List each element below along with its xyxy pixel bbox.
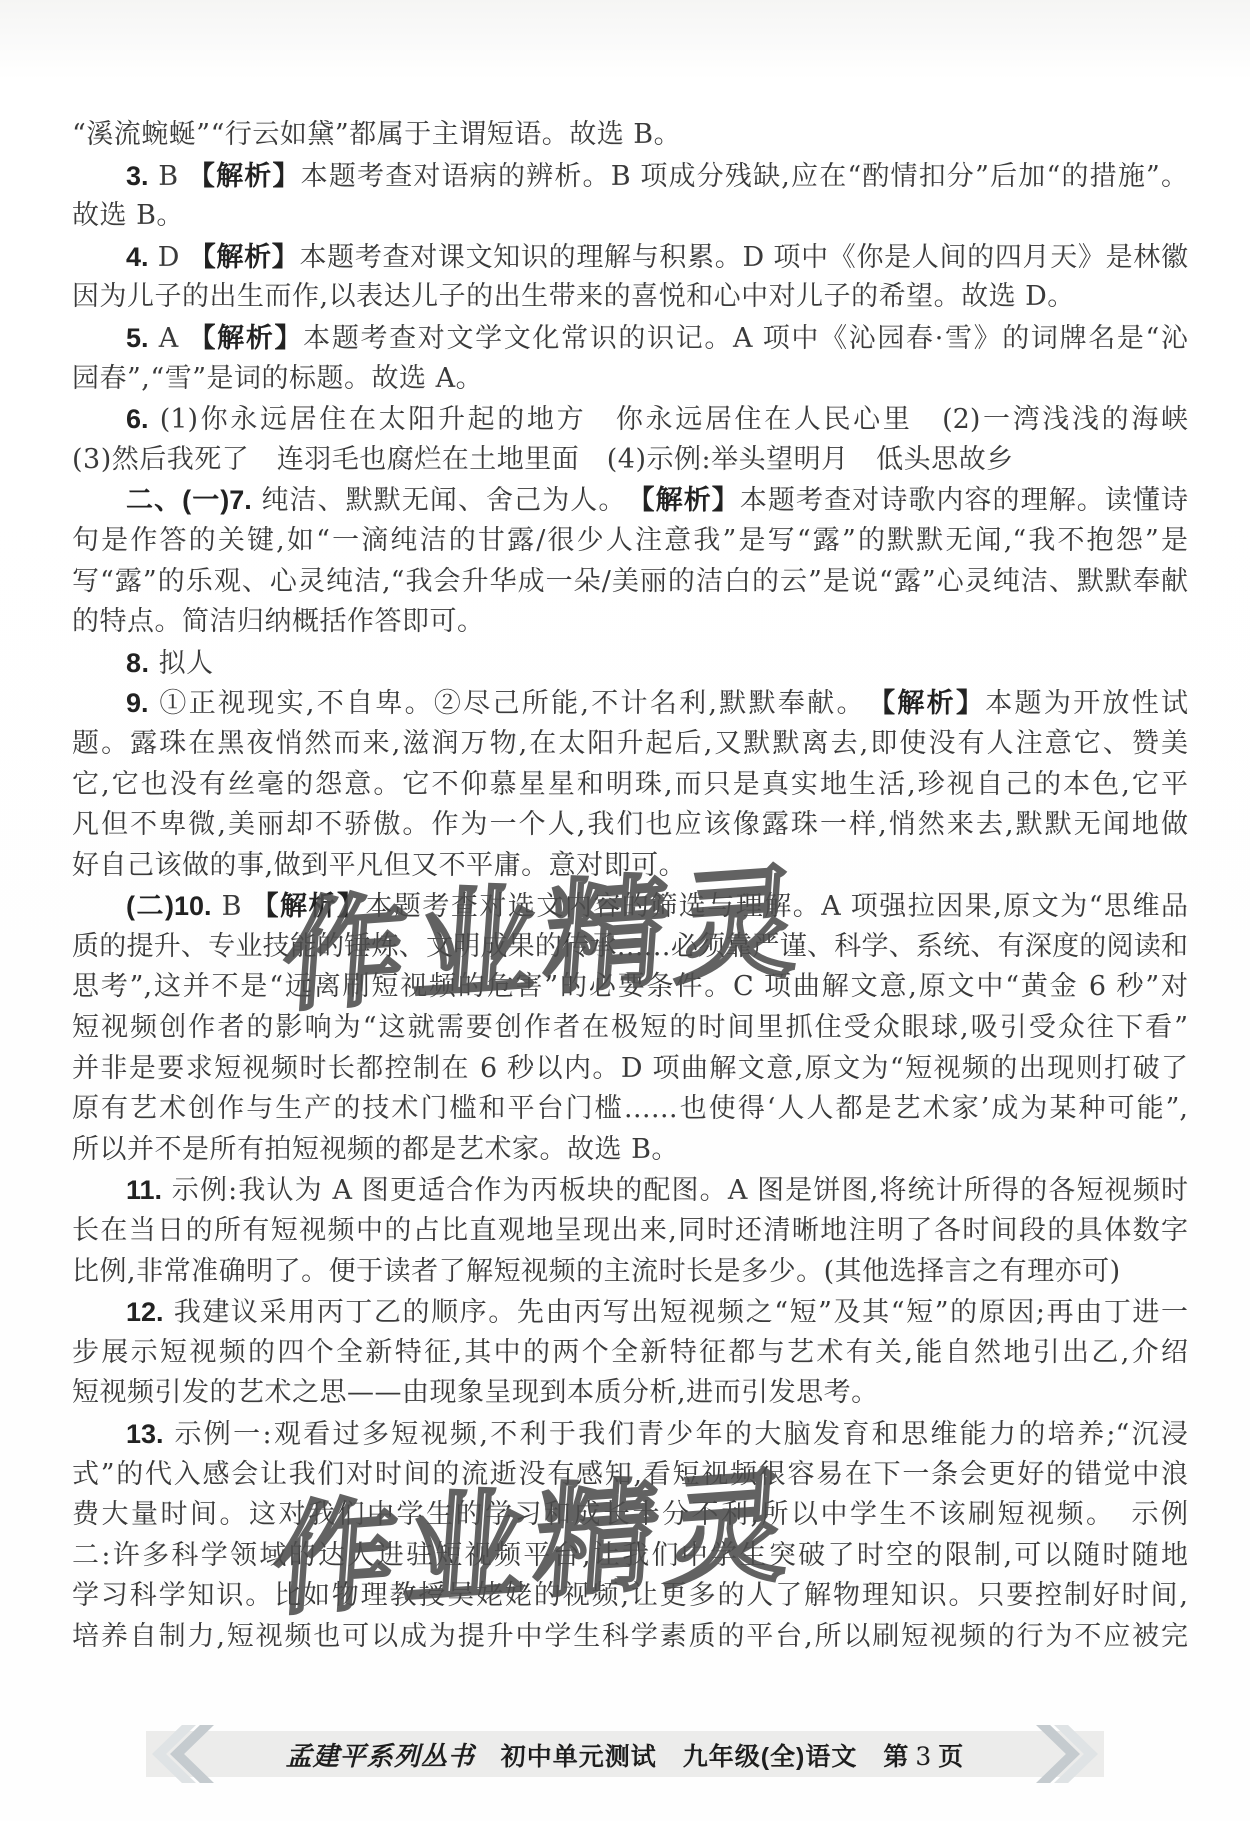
answer-key-text: 写“露”的乐观、心灵纯洁,“我会升华成一朵/美丽的洁白的云”是说“露”心灵纯洁、… — [72, 566, 1188, 597]
answer-key-text: 比例,非常准确明了。便于读者了解短视频的主流时长是多少。(其他选择言之有理亦可) — [72, 1256, 1121, 1287]
scanned-answer-page: “溪流蜿蜒”“行云如黛”都属于主谓短语。故选 B。3. B 【解析】本题考查对语… — [0, 0, 1250, 1821]
answer-key-text: 质的提升、专业技能的锤炼、文明成果的传承……必须靠严谨、科学、系统、有深度的阅读… — [72, 931, 1188, 962]
answer-key-text: 园春”,“雪”是词的标题。故选 A。 — [72, 363, 483, 394]
answer-key-emphasis: 4. — [126, 242, 149, 272]
answer-key-text: 思考”,这并不是“远离刷短视频的危害”的必要条件。C 项曲解文意,原文中“黄金 … — [72, 971, 1188, 1002]
answer-key-text: 本题为开放性试 — [985, 688, 1188, 719]
answer-key-emphasis: (二)10. — [126, 891, 212, 921]
answer-key-text: 本题考查对选文内容的筛选与理解。A 项强拉因果,原文为“思维品 — [365, 891, 1188, 922]
text-line: 费大量时间。这对我们中学生的学习和成长十分不利,所以中学生不该刷短视频。 示例 — [72, 1495, 1188, 1536]
text-line: 思考”,这并不是“远离刷短视频的危害”的必要条件。C 项曲解文意,原文中“黄金 … — [72, 967, 1188, 1008]
answer-key-text: 的特点。简洁归纳概括作答即可。 — [72, 606, 485, 637]
answer-key-text: 题。露珠在黑夜悄然而来,滋润万物,在太阳升起后,又默默离去,即使没有人注意它、赞… — [72, 728, 1188, 759]
answer-key-emphasis: 二、(一)7. — [126, 485, 252, 515]
answer-key-emphasis: 【解析】 — [882, 688, 986, 718]
footer-page-number: 3 — [909, 1742, 938, 1771]
answer-key-text: 故选 B。 — [72, 200, 184, 231]
text-line: 二:许多科学领域的达人进驻短视频平台,让我们中学生突破了时空的限制,可以随时随地 — [72, 1536, 1188, 1577]
text-line: 园春”,“雪”是词的标题。故选 A。 — [72, 359, 1188, 400]
answer-key-text: 示例:我认为 A 图更适合作为丙板块的配图。A 图是饼图,将统计所得的各短视频时 — [162, 1175, 1188, 1206]
text-line: 3. B 【解析】本题考查对语病的辨析。B 项成分残缺,应在“酌情扣分”后加“的… — [72, 156, 1188, 197]
answer-key-text: D — [149, 242, 189, 273]
text-line: 比例,非常准确明了。便于读者了解短视频的主流时长是多少。(其他选择言之有理亦可) — [72, 1252, 1188, 1293]
answer-key-emphasis: 【解析】 — [641, 485, 740, 515]
answer-key-emphasis: 【解析】 — [189, 323, 304, 353]
answer-key-text: B — [149, 161, 188, 192]
answer-key-text: A — [149, 323, 189, 354]
answer-key-text: 学习科学知识。比如物理教授吴姥姥的视频,让更多的人了解物理知识。只要控制好时间, — [72, 1580, 1188, 1611]
answer-key-text: 二:许多科学领域的达人进驻短视频平台,让我们中学生突破了时空的限制,可以随时随地 — [72, 1540, 1188, 1571]
text-block: “溪流蜿蜒”“行云如黛”都属于主谓短语。故选 B。3. B 【解析】本题考查对语… — [72, 115, 1188, 1658]
text-line: 培养自制力,短视频也可以成为提升中学生科学素质的平台,所以刷短视频的行为不应被完 — [72, 1617, 1188, 1658]
answer-key-text: (1)你永远居住在太阳升起的地方 你永远居住在人民心里 (2)一湾浅浅的海峡 — [149, 404, 1188, 435]
footer-page: 第3页 — [883, 1737, 964, 1773]
answer-key-emphasis: 5. — [126, 323, 149, 353]
answer-key-emphasis: 8. — [126, 648, 150, 678]
answer-key-emphasis: 12. — [126, 1297, 164, 1327]
answer-key-text: (3)然后我死了 连羽毛也腐烂在土地里面 (4)示例:举头望明月 低头思故乡 — [72, 444, 1014, 475]
answer-key-text: 凡但不卑微,美丽却不骄傲。作为一个人,我们也应该像露珠一样,悄然来去,默默无闻地… — [72, 809, 1188, 840]
footer-brand: 孟建平系列丛书 — [286, 1736, 475, 1773]
answer-key-text: 本题考查对诗歌内容的理解。读懂诗 — [740, 485, 1188, 516]
answer-key-text: 本题考查对语病的辨析。B 项成分残缺,应在“酌情扣分”后加“的措施”。 — [301, 161, 1188, 192]
text-line: 步展示短视频的四个全新特征,其中的两个全新特征都与艺术有关,能自然地引出乙,介绍 — [72, 1333, 1188, 1374]
answer-key-emphasis: 9. — [126, 688, 149, 718]
answer-key-text: 本题考查对文学文化常识的识记。A 项中《沁园春·雪》的词牌名是“沁 — [303, 323, 1188, 354]
text-line: 长在当日的所有短视频中的占比直观地呈现出来,同时还清晰地注明了各时间段的具体数字 — [72, 1211, 1188, 1252]
answer-key-text: 我建议采用丙丁乙的顺序。先由丙写出短视频之“短”及其“短”的原因;再由丁进一 — [164, 1297, 1188, 1328]
text-line: 学习科学知识。比如物理教授吴姥姥的视频,让更多的人了解物理知识。只要控制好时间, — [72, 1576, 1188, 1617]
footer-page-unit: 页 — [938, 1743, 964, 1771]
text-line: (二)10. B 【解析】本题考查对选文内容的筛选与理解。A 项强拉因果,原文为… — [72, 886, 1188, 927]
footer-page-label: 第 — [883, 1743, 909, 1771]
text-line: 式”的代入感会让我们对时间的流逝没有感知,看短视频很容易在下一条会更好的错觉中浪 — [72, 1455, 1188, 1496]
text-line: 并非是要求短视频时长都控制在 6 秒以内。D 项曲解文意,原文为“短视频的出现则… — [72, 1049, 1188, 1090]
answer-key-text: 短视频创作者的影响为“这就需要创作者在极短的时间里抓住受众眼球,吸引受众往下看” — [72, 1012, 1188, 1043]
answer-key-text: 所以并不是所有拍短视频的都是艺术家。故选 B。 — [72, 1134, 679, 1165]
answer-key-text: 步展示短视频的四个全新特征,其中的两个全新特征都与艺术有关,能自然地引出乙,介绍 — [72, 1337, 1188, 1368]
text-line: 4. D 【解析】本题考查对课文知识的理解与积累。D 项中《你是人间的四月天》是… — [72, 237, 1188, 278]
text-line: 5. A 【解析】本题考查对文学文化常识的识记。A 项中《沁园春·雪》的词牌名是… — [72, 318, 1188, 359]
footer-series: 初中单元测试 — [501, 1737, 657, 1773]
text-line: 短视频引发的艺术之思——由现象呈现到本质分析,进而引发思考。 — [72, 1373, 1188, 1414]
text-line: 它,它也没有丝毫的怨意。它不仰慕星星和明珠,而只是真实地生活,珍视自己的本色,它… — [72, 765, 1188, 806]
text-line: 因为儿子的出生而作,以表达儿子的出生带来的喜悦和心中对儿子的希望。故选 D。 — [72, 277, 1188, 318]
answer-key-text: 培养自制力,短视频也可以成为提升中学生科学素质的平台,所以刷短视频的行为不应被完 — [72, 1621, 1188, 1652]
answer-key-emphasis: 【解析】 — [251, 891, 365, 921]
text-line: (3)然后我死了 连羽毛也腐烂在土地里面 (4)示例:举头望明月 低头思故乡 — [72, 440, 1188, 481]
text-line: “溪流蜿蜒”“行云如黛”都属于主谓短语。故选 B。 — [72, 115, 1188, 156]
text-line: 13. 示例一:观看过多短视频,不利于我们青少年的大脑发育和思维能力的培养;“沉… — [72, 1414, 1188, 1455]
answer-key-text: 纯洁、默默无闻、舍己为人。 — [252, 485, 641, 516]
answer-key-emphasis: 【解析】 — [188, 161, 301, 191]
text-line: 原有艺术创作与生产的技术门槛和平台门槛……也使得‘人人都是艺术家’成为某种可能”… — [72, 1089, 1188, 1130]
answer-key-text: 句是作答的关键,如“一滴纯洁的甘露/很少人注意我”是写“露”的默默无闻,“我不抱… — [72, 525, 1188, 556]
text-line: 写“露”的乐观、心灵纯洁,“我会升华成一朵/美丽的洁白的云”是说“露”心灵纯洁、… — [72, 562, 1188, 603]
answer-key-text: 费大量时间。这对我们中学生的学习和成长十分不利,所以中学生不该刷短视频。 示例 — [72, 1499, 1188, 1530]
answer-key-text: “溪流蜿蜒”“行云如黛”都属于主谓短语。故选 B。 — [72, 119, 681, 150]
footer-text: 孟建平系列丛书 初中单元测试 九年级(全)语文 第3页 — [286, 1736, 965, 1773]
answer-key-emphasis: 【解析】 — [189, 242, 300, 272]
answer-key-text: 并非是要求短视频时长都控制在 6 秒以内。D 项曲解文意,原文为“短视频的出现则… — [72, 1053, 1188, 1084]
text-line: 好自己该做的事,做到平凡但又不平庸。意对即可。 — [72, 846, 1188, 887]
answer-key-emphasis: 13. — [126, 1419, 164, 1449]
text-line: 凡但不卑微,美丽却不骄傲。作为一个人,我们也应该像露珠一样,悄然来去,默默无闻地… — [72, 805, 1188, 846]
text-line: 故选 B。 — [72, 196, 1188, 237]
footer-subject: 九年级(全)语文 — [683, 1737, 858, 1773]
text-line: 6. (1)你永远居住在太阳升起的地方 你永远居住在人民心里 (2)一湾浅浅的海… — [72, 399, 1188, 440]
answer-key-text: 它,它也没有丝毫的怨意。它不仰慕星星和明珠,而只是真实地生活,珍视自己的本色,它… — [72, 769, 1188, 800]
text-line: 9. ①正视现实,不自卑。②尽己所能,不计名利,默默奉献。 【解析】本题为开放性… — [72, 683, 1188, 724]
answer-key-text: 示例一:观看过多短视频,不利于我们青少年的大脑发育和思维能力的培养;“沉浸 — [164, 1419, 1188, 1450]
answer-key-text: 式”的代入感会让我们对时间的流逝没有感知,看短视频很容易在下一条会更好的错觉中浪 — [72, 1459, 1188, 1490]
text-line: 短视频创作者的影响为“这就需要创作者在极短的时间里抓住受众眼球,吸引受众往下看” — [72, 1008, 1188, 1049]
answer-key-text: 因为儿子的出生而作,以表达儿子的出生带来的喜悦和心中对儿子的希望。故选 D。 — [72, 281, 1075, 312]
answer-key-emphasis: 11. — [126, 1175, 162, 1205]
text-line: 所以并不是所有拍短视频的都是艺术家。故选 B。 — [72, 1130, 1188, 1171]
answer-key-emphasis: 3. — [126, 161, 149, 191]
text-line: 质的提升、专业技能的锤炼、文明成果的传承……必须靠严谨、科学、系统、有深度的阅读… — [72, 927, 1188, 968]
text-line: 题。露珠在黑夜悄然而来,滋润万物,在太阳升起后,又默默离去,即使没有人注意它、赞… — [72, 724, 1188, 765]
page-footer: 孟建平系列丛书 初中单元测试 九年级(全)语文 第3页 — [146, 1731, 1104, 1777]
answer-key-emphasis: 6. — [126, 404, 149, 434]
text-line: 二、(一)7. 纯洁、默默无闻、舍己为人。 【解析】本题考查对诗歌内容的理解。读… — [72, 480, 1188, 521]
text-line: 12. 我建议采用丙丁乙的顺序。先由丙写出短视频之“短”及其“短”的原因;再由丁… — [72, 1292, 1188, 1333]
answer-key-text: B — [212, 891, 252, 922]
text-line: 的特点。简洁归纳概括作答即可。 — [72, 602, 1188, 643]
answer-key-text: 本题考查对课文知识的理解与积累。D 项中《你是人间的四月天》是林徽 — [299, 242, 1188, 273]
answer-key-text: 长在当日的所有短视频中的占比直观地呈现出来,同时还清晰地注明了各时间段的具体数字 — [72, 1215, 1188, 1246]
text-line: 11. 示例:我认为 A 图更适合作为丙板块的配图。A 图是饼图,将统计所得的各… — [72, 1170, 1188, 1211]
answer-key-text: 短视频引发的艺术之思——由现象呈现到本质分析,进而引发思考。 — [72, 1377, 879, 1408]
text-line: 8. 拟人 — [72, 643, 1188, 684]
answer-key-text: 原有艺术创作与生产的技术门槛和平台门槛……也使得‘人人都是艺术家’成为某种可能”… — [72, 1093, 1188, 1124]
answer-key-text: 好自己该做的事,做到平凡但又不平庸。意对即可。 — [72, 850, 686, 881]
answer-key-text: ①正视现实,不自卑。②尽己所能,不计名利,默默奉献。 — [149, 688, 882, 719]
text-line: 句是作答的关键,如“一滴纯洁的甘露/很少人注意我”是写“露”的默默无闻,“我不抱… — [72, 521, 1188, 562]
answer-key-text: 拟人 — [150, 648, 214, 679]
